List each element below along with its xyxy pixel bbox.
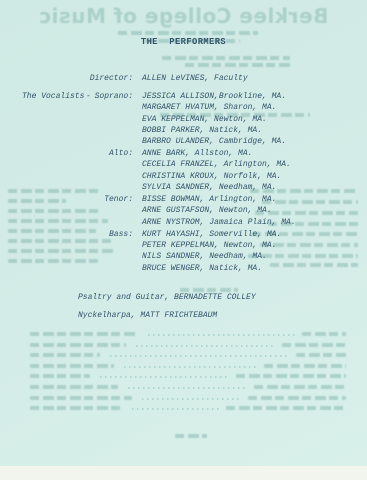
performer-name: JESSICA ALLISON,Brookline, MA. — [142, 92, 286, 101]
director-line: Director: ALLEN LeVINES, Faculty — [0, 74, 367, 85]
performer-line: BARBRO ULANDER, Cambridge, MA. — [0, 137, 367, 148]
performer-line: BOBBI PARKER, Natick, MA. — [0, 126, 367, 137]
performer-line: CECELIA FRANZEL, Arlington, MA. — [0, 160, 367, 171]
performer-line: Alto: ANNE BARK, Allston, MA. — [0, 149, 367, 160]
performer-name: CECELIA FRANZEL, Arlington, MA. — [142, 160, 291, 169]
performer-name: KURT HAYASHI, Somerville, MA. — [142, 230, 281, 239]
page-title: THE PERFORMERS — [0, 37, 367, 47]
performer-name: CHRISTINA KROUX, Norfolk, MA. — [142, 172, 281, 181]
performer-line: ARNE NYSTROM, Jamaica Plain, MA. — [0, 218, 367, 229]
performer-line: Bass: KURT HAYASHI, Somerville, MA. — [0, 230, 367, 241]
program-content: THE PERFORMERS Director: ALLEN LeVINES, … — [0, 0, 367, 466]
instrumentalist-line: Psaltry and Guitar, BERNADETTE COLLEY — [78, 293, 256, 304]
scanned-program-page: { "colors": { "paper": "#d2ebe6", "ink":… — [0, 0, 367, 480]
performer-name: BOBBI PARKER, Natick, MA. — [142, 126, 262, 135]
performer-name: ARNE NYSTROM, Jamaica Plain, MA. — [142, 218, 296, 227]
performer-line: PETER KEPPELMAN, Newton, MA. — [0, 241, 367, 252]
performer-name: ANNE BARK, Allston, MA. — [142, 149, 252, 158]
performer-name: BRUCE WENGER, Natick, MA. — [142, 264, 262, 273]
performer-line: The Vocalists - Soprano: JESSICA ALLISON… — [0, 92, 367, 103]
performer-name: BARBRO ULANDER, Cambridge, MA. — [142, 137, 286, 146]
section-label-bass: Bass: — [0, 230, 133, 239]
performer-line: ARNE GUSTAFSON, Newton, MA. — [0, 206, 367, 217]
section-label-alto: Alto: — [0, 149, 133, 158]
performer-name: SYLVIA SANDNER, Needham, MA. — [142, 183, 276, 192]
instrumentalist-line: Nyckelharpa, MATT FRICHTEBAUM — [78, 311, 217, 322]
performer-name: BISSE BOWMAN, Arlington, MA. — [142, 195, 276, 204]
performer-name: NILS SANDNER, Needham, MA. — [142, 252, 267, 261]
performer-line: CHRISTINA KROUX, Norfolk, MA. — [0, 172, 367, 183]
performer-line: SYLVIA SANDNER, Needham, MA. — [0, 183, 367, 194]
performer-line: MARGARET HVATUM, Sharon, MA. — [0, 103, 367, 114]
performer-line: Tenor: BISSE BOWMAN, Arlington, MA. — [0, 195, 367, 206]
performer-line: BRUCE WENGER, Natick, MA. — [0, 264, 367, 275]
performer-name: MARGARET HVATUM, Sharon, MA. — [142, 103, 276, 112]
director-label: Director: — [0, 74, 133, 83]
director-value: ALLEN LeVINES, Faculty — [142, 74, 248, 83]
performer-name: ARNE GUSTAFSON, Newton, MA. — [142, 206, 272, 215]
performer-line: EVA KEPPELMAN, Newton, MA. — [0, 115, 367, 126]
performer-name: EVA KEPPELMAN, Newton, MA. — [142, 115, 267, 124]
section-label-tenor: Tenor: — [0, 195, 133, 204]
section-label-soprano: Soprano: — [0, 92, 133, 101]
performer-name: PETER KEPPELMAN, Newton, MA. — [142, 241, 276, 250]
performer-line: NILS SANDNER, Needham, MA. — [0, 252, 367, 263]
